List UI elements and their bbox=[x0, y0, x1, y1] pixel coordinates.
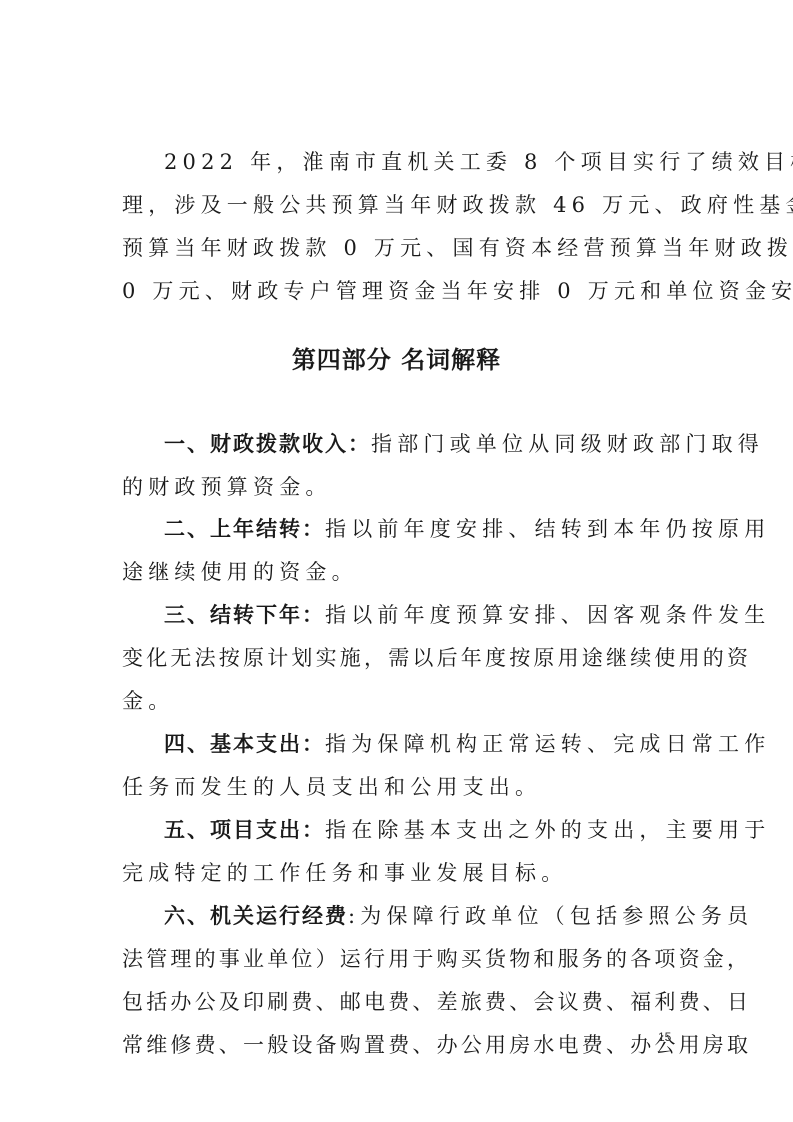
intro-line: 2022 年，淮南市直机关工委 8 个项目实行了绩效目标管 bbox=[164, 148, 671, 176]
definition-term: 六、机关运行经费 bbox=[164, 904, 348, 928]
definition-text: 法管理的事业单位）运行用于购买货物和服务的各项资金， bbox=[122, 945, 671, 973]
definition-text: 指以前年度安排、结转到本年仍按原用 bbox=[325, 517, 770, 541]
intro-line: 预算当年财政拨款 0 万元、国有资本经营预算当年财政拨款 bbox=[122, 234, 671, 262]
definition-text: 变化无法按原计划实施，需以后年度按原用途继续使用的资 bbox=[122, 644, 671, 672]
definition-term: 四、基本支出： bbox=[164, 732, 325, 756]
definition-text: 的财政预算资金。 bbox=[122, 473, 671, 501]
definition-item: 二、上年结转：指以前年度安排、结转到本年仍按原用 bbox=[164, 515, 671, 543]
definition-item: 六、机关运行经费:为保障行政单位（包括参照公务员 bbox=[164, 902, 671, 930]
intro-line: 0 万元、财政专户管理资金当年安排 0 万元和单位资金安排 bbox=[122, 277, 671, 305]
definition-term: 二、上年结转： bbox=[164, 517, 325, 541]
definition-item: 三、结转下年：指以前年度预算安排、因客观条件发生 bbox=[164, 601, 671, 629]
definition-text: 任务而发生的人员支出和公用支出。 bbox=[122, 773, 671, 801]
page-number: 15 bbox=[658, 1030, 671, 1044]
section-title: 第四部分 名词解释 bbox=[0, 340, 793, 375]
definition-text: 常维修费、一般设备购置费、办公用房水电费、办公用房取 bbox=[122, 1031, 671, 1059]
definition-text: 途继续使用的资金。 bbox=[122, 558, 671, 586]
definition-text: 指在除基本支出之外的支出，主要用于 bbox=[325, 818, 770, 842]
definition-text: 包括办公及印刷费、邮电费、差旅费、会议费、福利费、日 bbox=[122, 988, 671, 1016]
definition-text: :为保障行政单位（包括参照公务员 bbox=[348, 904, 753, 928]
definition-term: 三、结转下年： bbox=[164, 603, 325, 627]
definition-text: 指为保障机构正常运转、完成日常工作 bbox=[325, 732, 770, 756]
definition-text: 金。 bbox=[122, 687, 671, 715]
definition-term: 五、项目支出： bbox=[164, 818, 325, 842]
definition-item: 四、基本支出：指为保障机构正常运转、完成日常工作 bbox=[164, 730, 671, 758]
definition-item: 一、财政拨款收入：指部门或单位从同级财政部门取得 bbox=[164, 430, 671, 458]
definition-term: 一、财政拨款收入： bbox=[164, 432, 371, 456]
definition-text: 指以前年度预算安排、因客观条件发生 bbox=[325, 603, 770, 627]
definition-text: 指部门或单位从同级财政部门取得 bbox=[371, 432, 764, 456]
intro-line: 理，涉及一般公共预算当年财政拨款 46 万元、政府性基金 bbox=[122, 191, 671, 219]
definition-text: 完成特定的工作任务和事业发展目标。 bbox=[122, 859, 671, 887]
definition-item: 五、项目支出：指在除基本支出之外的支出，主要用于 bbox=[164, 816, 671, 844]
